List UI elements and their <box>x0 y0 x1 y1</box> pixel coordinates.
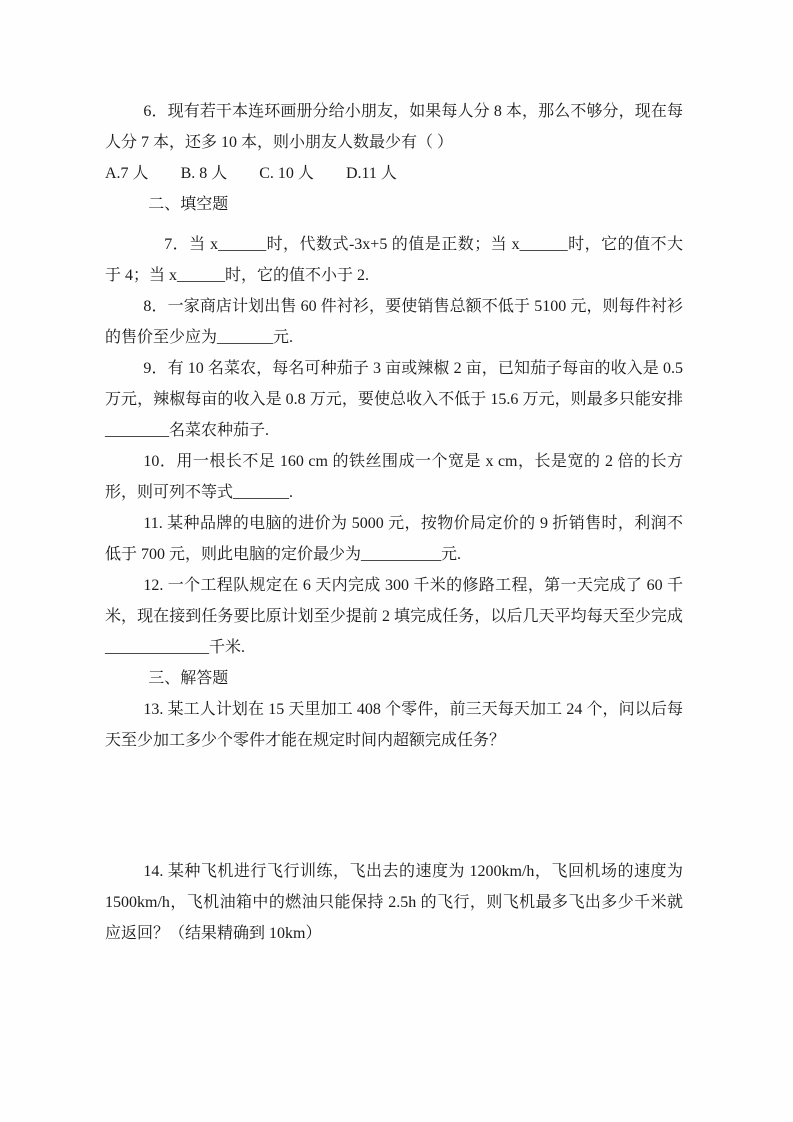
question-6-option-a: A.7 人 <box>105 165 149 182</box>
question-9: 9．有 10 名菜农，每名可种茄子 3 亩或辣椒 2 亩，已知茄子每亩的收入是 … <box>105 353 683 446</box>
question-13: 13. 某工人计划在 15 天里加工 408 个零件，前三天每天加工 24 个，… <box>105 694 683 756</box>
question-8: 8．一家商店计划出售 60 件衬衫，要使销售总额不低于 5100 元，则每件衬衫… <box>105 291 683 353</box>
question-10: 10．用一根长不足 160 cm 的铁丝围成一个宽是 x cm，长是宽的 2 倍… <box>105 446 683 508</box>
question-14: 14. 某种飞机进行飞行训练，飞出去的速度为 1200km/h，飞回机场的速度为… <box>105 856 683 949</box>
question-6-options: A.7 人 B. 8 人 C. 10 人 D.11 人 <box>105 158 683 189</box>
question-6-option-d: D.11 人 <box>346 165 397 182</box>
answer-workspace <box>105 756 683 856</box>
worksheet-page: 6．现有若干本连环画册分给小朋友，如果每人分 8 本，那么不够分，现在每人分 7… <box>0 0 793 1122</box>
worksheet-content: 6．现有若干本连环画册分给小朋友，如果每人分 8 本，那么不够分，现在每人分 7… <box>105 96 683 949</box>
question-6: 6．现有若干本连环画册分给小朋友，如果每人分 8 本，那么不够分，现在每人分 7… <box>105 96 683 158</box>
section-heading-fill-in: 二、填空题 <box>105 189 683 220</box>
question-11: 11. 某种品牌的电脑的进价为 5000 元，按物价局定价的 9 折销售时，利润… <box>105 508 683 570</box>
question-7: 7．当 x______时，代数式-3x+5 的值是正数；当 x______时，它… <box>105 229 683 291</box>
section-heading-solve: 三、解答题 <box>105 663 683 694</box>
question-6-option-b: B. 8 人 <box>181 165 228 182</box>
question-6-option-c: C. 10 人 <box>259 165 314 182</box>
question-12: 12. 一个工程队规定在 6 天内完成 300 千米的修路工程，第一天完成了 6… <box>105 570 683 663</box>
